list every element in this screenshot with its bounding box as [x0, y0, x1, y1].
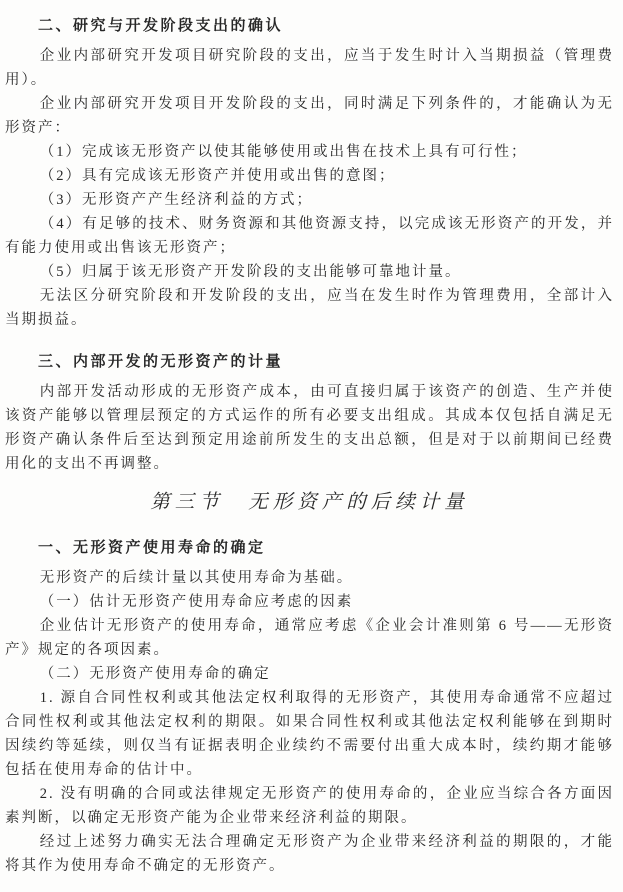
condition-item-4: （4）有足够的技术、财务资源和其他资源支持，以完成该无形资产的开发，并有能力使用…	[5, 212, 614, 260]
heading-internal-development-measurement: 三、内部开发的无形资产的计量	[5, 350, 614, 374]
condition-item-3: （3）无形资产产生经济利益的方式；	[5, 188, 614, 212]
numbered-item-no-contract-or-law: 2. 没有明确的合同或法律规定无形资产的使用寿命的，企业应当综合各方面因素判断，…	[5, 782, 614, 830]
heading-useful-life-determination: 一、无形资产使用寿命的确定	[5, 536, 614, 560]
paragraph-accounting-standard-no6: 企业估计无形资产的使用寿命，通常应考虑《企业会计准则第 6 号——无形资产》规定…	[5, 614, 614, 662]
subheading-useful-life-determination: （二）无形资产使用寿命的确定	[5, 662, 614, 686]
section-title-subsequent-measurement: 第三节 无形资产的后续计量	[5, 488, 614, 518]
paragraph-indistinguishable-expenditure: 无法区分研究阶段和开发阶段的支出，应当在发生时作为管理费用，全部计入当期损益。	[5, 284, 614, 332]
numbered-item-contractual-rights: 1. 源自合同性权利或其他法定权利取得的无形资产，其使用寿命通常不应超过合同性权…	[5, 686, 614, 782]
textbook-page: 二、研究与开发阶段支出的确认 企业内部研究开发项目研究阶段的支出，应当于发生时计…	[0, 0, 623, 892]
paragraph-indefinite-useful-life: 经过上述努力确实无法合理确定无形资产为企业带来经济利益的期限的，才能将其作为使用…	[5, 830, 614, 878]
heading-research-dev-expenditure-recognition: 二、研究与开发阶段支出的确认	[5, 14, 614, 38]
condition-item-1: （1）完成该无形资产以使其能够使用或出售在技术上具有可行性；	[5, 140, 614, 164]
condition-item-2: （2）具有完成该无形资产并使用或出售的意图；	[5, 164, 614, 188]
subheading-factors-to-consider: （一）估计无形资产使用寿命应考虑的因素	[5, 590, 614, 614]
paragraph-research-phase-expenditure: 企业内部研究开发项目研究阶段的支出，应当于发生时计入当期损益（管理费用）。	[5, 44, 614, 92]
condition-item-5: （5）归属于该无形资产开发阶段的支出能够可靠地计量。	[5, 260, 614, 284]
paragraph-development-phase-conditions: 企业内部研究开发项目开发阶段的支出，同时满足下列条件的，才能确认为无形资产：	[5, 92, 614, 140]
paragraph-useful-life-basis: 无形资产的后续计量以其使用寿命为基础。	[5, 566, 614, 590]
paragraph-internal-development-cost: 内部开发活动形成的无形资产成本，由可直接归属于该资产的创造、生产并使该资产能够以…	[5, 380, 614, 476]
